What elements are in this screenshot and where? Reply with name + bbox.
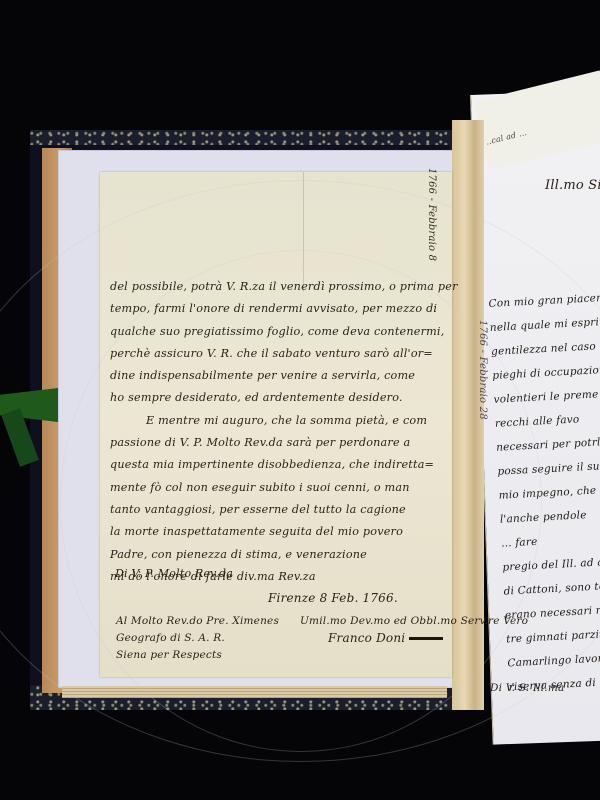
letter-line: del possibile, potrà V. R.za il venerdì … (110, 276, 458, 298)
letter-date: Firenze 8 Feb. 1766. (268, 591, 398, 605)
letter-line: mente fò col non eseguir subito i suoi c… (110, 477, 458, 499)
signature-line: Umil.mo Dev.mo ed Obbl.mo Serv.re Vero (300, 613, 528, 630)
letter-line: questa mia impertinente disobbedienza, c… (110, 454, 458, 476)
letter-closing: Di V. P. Molto Rev.da (115, 567, 233, 580)
letter-line: la morte inaspettatamente seguita del mi… (110, 521, 458, 543)
letter-line: Padre, con pienezza di stima, e venerazi… (110, 544, 458, 566)
recipient-address: Al Molto Rev.do Pre. Ximenes Geografo di… (116, 613, 279, 664)
signature-name: Franco Doni (300, 630, 528, 647)
archive-date-note: 1766 - Febbraio 8 (426, 168, 437, 261)
letter-line: E mentre mi auguro, che la somma pietà, … (110, 410, 458, 432)
signature-block: Umil.mo Dev.mo ed Obbl.mo Serv.re Vero F… (300, 613, 528, 647)
letter-body: del possibile, potrà V. R.za il venerdì … (110, 276, 458, 588)
address-line: Al Molto Rev.do Pre. Ximenes (116, 613, 279, 630)
page-stack-edge (62, 686, 447, 698)
letter-line: perchè assicuro V. R. che il sabato vent… (110, 343, 458, 365)
right-archive-date-note: 1766 - Febbraio 28 (477, 320, 488, 420)
address-line: Geografo di S. A. R. (116, 630, 279, 647)
right-page-closing: Di V. S. Ill.ma (490, 682, 564, 694)
letter-line: passione di V. P. Molto Rev.da sarà per … (110, 432, 458, 454)
letter-line: tempo, farmi l'onore di rendermi avvisat… (110, 298, 458, 320)
letter-line: dine indispensabilmente per venire a ser… (110, 365, 458, 387)
manuscript-photo: ..cal ad ... 1766 - Febbraio 8 1766 - Fe… (0, 0, 600, 800)
letter-line: ho sempre desiderato, ed ardentemente de… (110, 387, 458, 409)
letter-line: qualche suo pregiatissimo foglio, come d… (110, 321, 458, 343)
letter-line: tanto vantaggiosi, per esserne del tutto… (110, 499, 458, 521)
address-line: Siena per Respects (116, 647, 279, 664)
paper-fold-line (303, 172, 304, 292)
right-page-salutation: Ill.mo Sig. (545, 178, 600, 193)
